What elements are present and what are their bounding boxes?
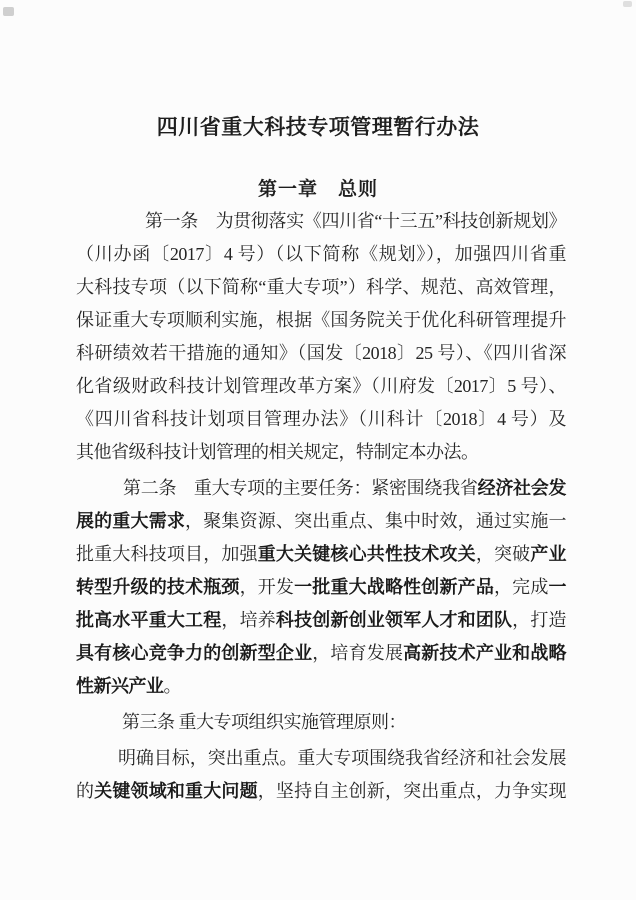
emphasis-text: 重大关键核心共性技术攻关: [258, 544, 476, 564]
text-line: 转型升级的技术瓶颈，开发一批重大战略性创新产品，完成一: [76, 571, 566, 604]
chapter-heading: 第一章 总则: [0, 178, 636, 202]
body-text: 明确目标，突出重点。重大专项围绕我省经济和社会发展: [118, 748, 566, 768]
document-title: 四川省重大科技专项管理暂行办法: [0, 0, 636, 140]
emphasis-text: 经济社会发: [478, 478, 566, 498]
body-text: 保证重大专项顺利实施，根据《国务院关于优化科研管理提升: [76, 310, 566, 330]
body-text: ，完成: [494, 577, 549, 597]
body-text: ，培养: [221, 610, 276, 630]
paragraph: 第三条 重大专项组织实施管理原则：: [76, 706, 566, 739]
text-line: 明确目标，突出重点。重大专项围绕我省经济和社会发展: [76, 742, 566, 775]
text-line: 批高水平重大工程，培养科技创新创业领军人才和团队，打造: [76, 604, 566, 637]
body-text: 化省级财政科技计划管理改革方案》（川府发〔2017〕5 号）、: [76, 376, 566, 396]
text-line: 的关键领域和重大问题，坚持自主创新，突出重点，力争实现: [76, 775, 566, 808]
emphasis-text: 转型升级的技术瓶颈: [76, 577, 240, 597]
emphasis-text: 具有核心竞争力的创新型企业: [76, 643, 312, 663]
text-line: 第一条 为贯彻落实《四川省“十三五”科技创新规划》: [76, 205, 566, 238]
emphasis-text: 批高水平重大工程: [76, 610, 221, 630]
text-line: 具有核心竞争力的创新型企业，培育发展高新技术产业和战略: [76, 637, 566, 670]
emphasis-text: 关键领域和重大问题: [94, 781, 258, 801]
paragraph: 第二条 重大专项的主要任务：紧密围绕我省经济社会发展的重大需求，聚集资源、突出重…: [76, 472, 566, 703]
body-text: 第一条 为贯彻落实《四川省“十三五”科技创新规划》: [145, 211, 566, 231]
text-line: 《四川省科技计划项目管理办法》（川科计〔2018〕4 号）及: [76, 403, 566, 436]
body-text: 的: [76, 781, 94, 801]
body-text: （川办函〔2017〕4 号）（以下简称《规划》），加强四川省重: [76, 244, 566, 264]
body-text: ，突破: [476, 544, 531, 564]
body-text: ，培育发展: [312, 643, 403, 663]
scan-artifact: [623, 1, 632, 7]
emphasis-text: 高新技术产业和战略: [403, 643, 566, 663]
text-line: 性新兴产业。: [76, 670, 566, 703]
text-line: 其他省级科技计划管理的相关规定，特制定本办法。: [76, 436, 566, 469]
document-page: 四川省重大科技专项管理暂行办法 第一章 总则 第一条 为贯彻落实《四川省“十三五…: [0, 0, 636, 900]
body-text: 大科技专项（以下简称“重大专项”）科学、规范、高效管理，: [76, 277, 566, 297]
text-line: 展的重大需求，聚集资源、突出重点、集中时效，通过实施一: [76, 505, 566, 538]
body-text: 其他省级科技计划管理的相关规定，特制定本办法。: [76, 442, 479, 462]
text-line: 大科技专项（以下简称“重大专项”）科学、规范、高效管理，: [76, 271, 566, 304]
emphasis-text: 科技创新创业领军人才和团队: [276, 610, 512, 630]
document-body: 第一条 为贯彻落实《四川省“十三五”科技创新规划》（川办函〔2017〕4 号）（…: [76, 205, 566, 808]
body-text: ，开发: [240, 577, 295, 597]
text-line: 批重大科技项目，加强重大关键核心共性技术攻关，突破产业: [76, 538, 566, 571]
text-line: 科研绩效若干措施的通知》（国发〔2018〕25 号）、《四川省深: [76, 337, 566, 370]
text-line: 保证重大专项顺利实施，根据《国务院关于优化科研管理提升: [76, 304, 566, 337]
text-line: 化省级财政科技计划管理改革方案》（川府发〔2017〕5 号）、: [76, 370, 566, 403]
emphasis-text: 性新兴产业: [76, 676, 164, 696]
body-text: ，聚集资源、突出重点、集中时效，通过实施一: [185, 511, 566, 531]
text-line: 第二条 重大专项的主要任务：紧密围绕我省经济社会发: [76, 472, 566, 505]
emphasis-text: 一批重大战略性创新产品: [294, 577, 494, 597]
body-text: 《四川省科技计划项目管理办法》（川科计〔2018〕4 号）及: [76, 409, 566, 429]
body-text: ，打造: [512, 610, 566, 630]
emphasis-text: 产业: [530, 544, 566, 564]
body-text: ，坚持自主创新，突出重点，力争实现: [258, 781, 566, 801]
emphasis-text: 展的重大需求: [76, 511, 185, 531]
body-text: 第三条 重大专项组织实施管理原则：: [122, 712, 406, 732]
text-line: 第三条 重大专项组织实施管理原则：: [76, 706, 566, 739]
body-text: 。: [164, 676, 182, 696]
emphasis-text: 一: [549, 577, 567, 597]
text-line: （川办函〔2017〕4 号）（以下简称《规划》），加强四川省重: [76, 238, 566, 271]
scan-artifact: [3, 7, 14, 16]
body-text: 科研绩效若干措施的通知》（国发〔2018〕25 号）、《四川省深: [76, 343, 566, 363]
paragraph: 第一条 为贯彻落实《四川省“十三五”科技创新规划》（川办函〔2017〕4 号）（…: [76, 205, 566, 469]
body-text: 批重大科技项目，加强: [76, 544, 258, 564]
body-text: 第二条 重大专项的主要任务：紧密围绕我省: [123, 478, 478, 498]
paragraph: 明确目标，突出重点。重大专项围绕我省经济和社会发展的关键领域和重大问题，坚持自主…: [76, 742, 566, 808]
